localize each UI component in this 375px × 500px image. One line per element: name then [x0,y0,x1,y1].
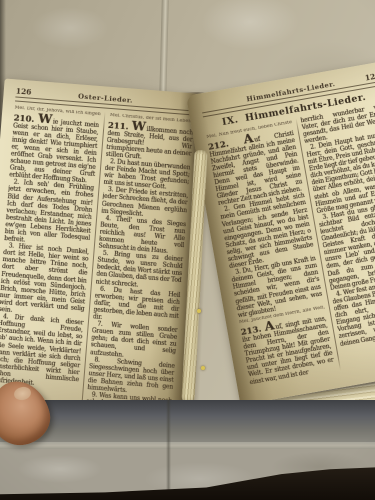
stone-ledge-shadow-band [0,400,375,444]
strophe: 2. Ich seh' den Frühling jetzt erwachen,… [4,179,94,249]
strophe: 4. Dir dank ich dieser Hoffnung Freude, … [0,313,84,390]
left-page-number: 126 [15,86,40,97]
binding-stitch-dot [197,309,201,313]
strophe: 7. Wir wollen sonder Grauen zum stillen … [90,320,178,362]
section-number: IX. [221,114,239,128]
right-page-content: Himmelfahrts-Lieder. 127 IX.Himmelfahrts… [186,59,375,405]
strophe: 2. Dein Haupt hat nun der Herr, dein Got… [305,130,375,215]
strophe: 3. Hier ist noch Dunkel, dort ist Helle,… [0,242,89,319]
stone-ledge-joint [166,400,171,500]
hymn-210: 210. Wie jauchzt mein Geist schon hier i… [9,112,99,185]
right-page-columns: Mel. Nun freut euch, lieben Christen g. … [206,102,375,386]
photo-open-hymnal: 126 Oster-Lieder. Mel. Dir, dir, Jehova,… [0,0,375,500]
right-page: Himmelfahrts-Lieder. 127 IX.Himmelfahrts… [186,59,375,405]
strophe: 3. Hast du uns gleich dein sichtbar Bild… [317,200,375,292]
left-column-1: Mel. Dir, dir, Jehova, will ich singen. … [0,104,100,426]
binding-stitch-dot [201,366,205,370]
hymn-text: ie jauchzt mein Geist schon hier im Stau… [9,118,99,185]
fingernail [13,385,32,401]
